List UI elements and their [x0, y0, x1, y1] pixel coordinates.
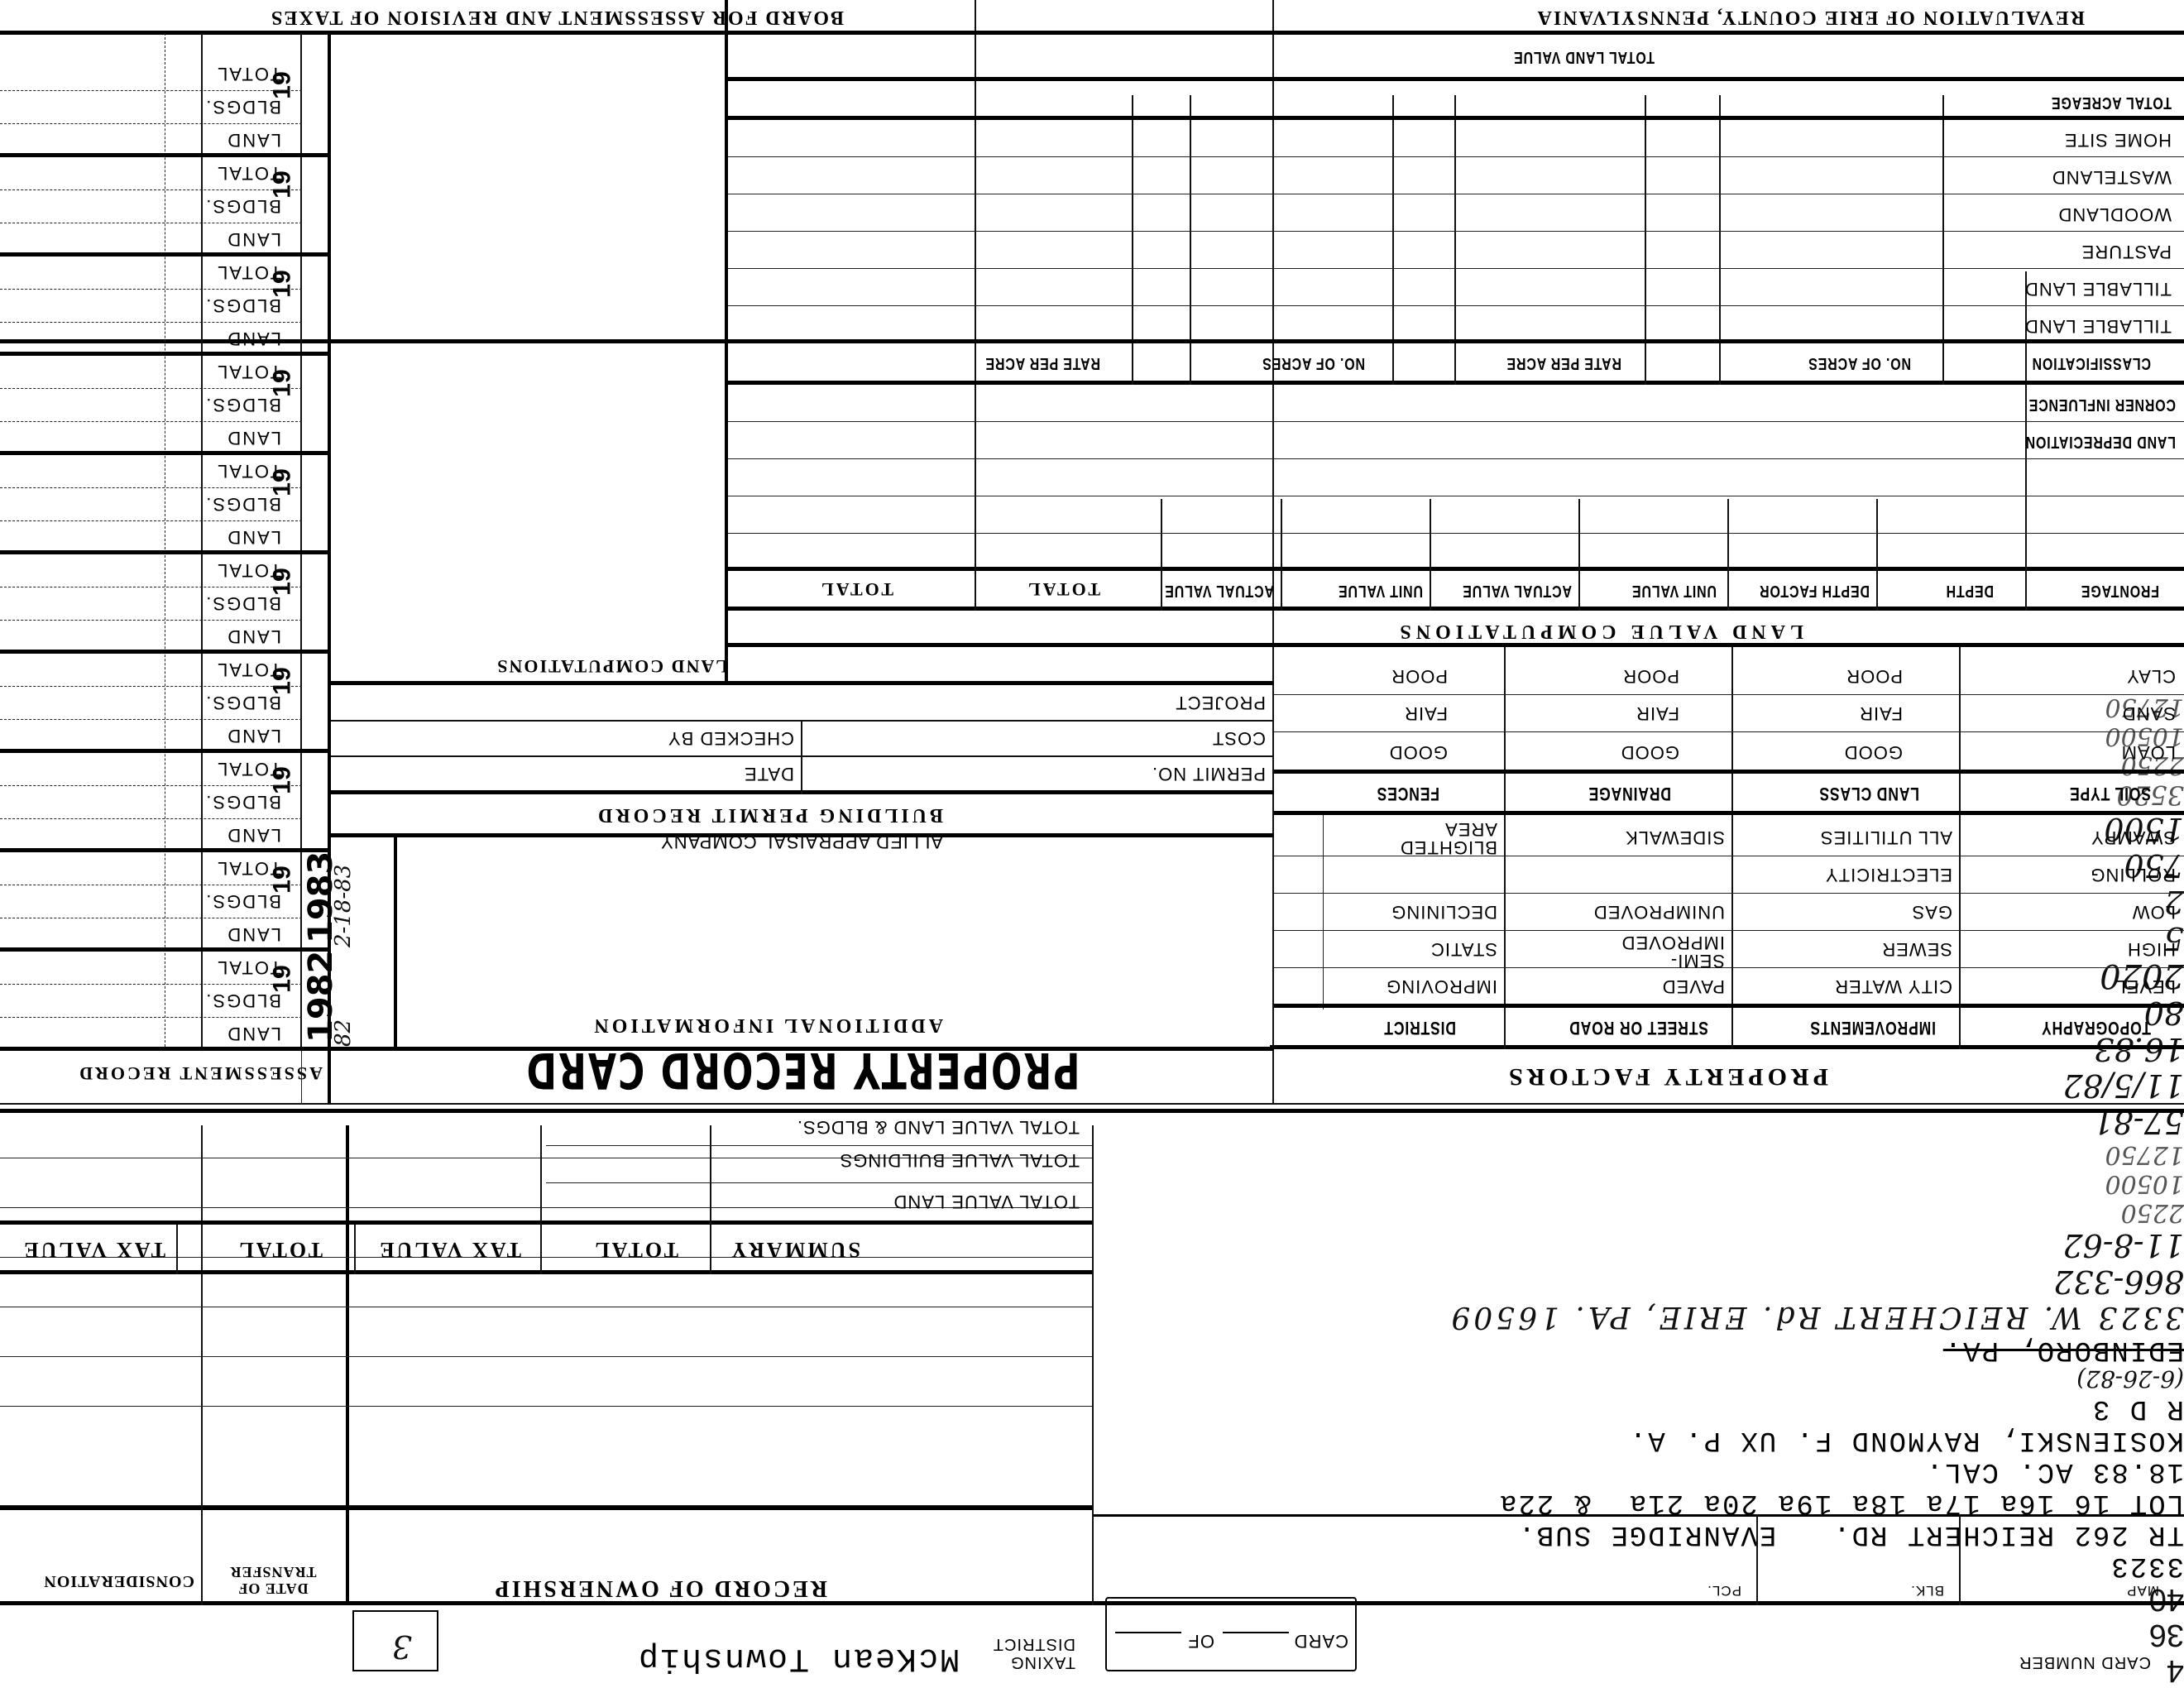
drainage-header: DRAINAGE	[1588, 783, 1671, 804]
divider	[1270, 1045, 2184, 1049]
assessment-row-label-total: TOTAL	[216, 63, 281, 84]
divider	[0, 686, 302, 687]
divider	[0, 1506, 1092, 1510]
acreage-row-tillable-2: TILLABLE LAND	[2024, 278, 2172, 300]
assessment-row-label-bldgs: BLDGS.	[204, 890, 281, 912]
assessment-row-label-total: TOTAL	[216, 758, 281, 779]
divider	[0, 1047, 331, 1051]
divider	[0, 785, 302, 786]
factor-semi-improved[interactable]: SEMI-IMPROVED	[1592, 933, 1725, 970]
divider	[0, 918, 302, 918]
assessment-row-label-land: LAND	[226, 1023, 281, 1044]
total-acreage-label: TOTAL ACREAGE	[2051, 93, 2172, 112]
assessment-row-label-bldgs: BLDGS.	[204, 195, 281, 217]
assessment-row-label-total: TOTAL	[216, 857, 281, 879]
soil-loam[interactable]: LOAM	[2121, 741, 2176, 763]
land-depreciation-label: LAND DEPRECIATION	[2025, 432, 2176, 451]
assessment-row-label-land: LAND	[226, 923, 281, 945]
divider	[1959, 1514, 1961, 1605]
no-of-acres-header: NO. OF ACRES	[1808, 353, 1911, 372]
factor-blighted-area[interactable]: BLIGHTED AREA	[1398, 820, 1497, 856]
card-label: CARD	[1294, 1630, 1348, 1652]
depth-header: DEPTH	[1946, 581, 1994, 600]
divider	[0, 90, 302, 91]
factor-gas[interactable]: GAS	[1912, 901, 1952, 923]
divider	[728, 156, 2184, 157]
factor-high[interactable]: HIGH	[2127, 938, 2176, 960]
assessment-row-label-total: TOTAL	[216, 659, 281, 680]
factor-declining[interactable]: DECLINING	[1391, 901, 1497, 923]
divider	[0, 289, 302, 290]
assessment-row-label-land: LAND	[226, 824, 281, 846]
actual-value-header: ACTUAL VALUE	[1462, 581, 1572, 600]
divider	[728, 567, 2184, 571]
divider	[1959, 644, 1961, 1049]
divider	[0, 352, 331, 356]
acreage-row-woodland: WOODLAND	[2057, 204, 2172, 225]
factor-sidewalk[interactable]: SIDEWALK	[1625, 827, 1725, 848]
assessment-row-label-total: TOTAL	[216, 261, 281, 283]
land-class-good[interactable]: GOOD	[1844, 741, 1903, 763]
factor-paved[interactable]: PAVED	[1662, 976, 1725, 997]
card-blank	[1223, 1632, 1289, 1633]
acreage-row-wasteland: WASTELAND	[2052, 166, 2172, 188]
factor-city-water[interactable]: CITY WATER	[1834, 976, 1952, 997]
building-permit-title: BUILDING PERMIT RECORD	[595, 803, 943, 826]
divider	[1274, 930, 2184, 931]
divider	[728, 77, 2184, 81]
divider	[0, 451, 331, 455]
no-of-acres-header-2: NO. OF ACRES	[1262, 353, 1365, 372]
divider	[1281, 499, 1282, 611]
street-or-road-header: STREET OR ROAD	[1569, 1017, 1708, 1038]
divider	[201, 1125, 203, 1605]
fences-good[interactable]: GOOD	[1389, 741, 1448, 763]
checked-by-label: CHECKED BY	[668, 727, 794, 749]
divider	[0, 818, 302, 819]
divider	[728, 231, 2184, 232]
summary-tax-value-header: TAX VALUE	[377, 1237, 521, 1262]
divider	[0, 1601, 1100, 1605]
consideration-header: CONSIDERATION	[43, 1571, 194, 1590]
divider	[1876, 499, 1878, 611]
divider	[0, 1505, 1092, 1506]
soil-type-header: SOIL TYPE	[2069, 783, 2151, 804]
divider	[1756, 1514, 1758, 1605]
divider	[728, 607, 2184, 611]
total-header-2: TOTAL	[819, 578, 893, 600]
land-value-computations-title: LAND VALUE COMPUTATIONS	[1395, 620, 1803, 642]
corner-mark-box: 3	[352, 1610, 438, 1671]
divider	[331, 720, 1274, 722]
acreage-row-pasture: PASTURE	[2081, 241, 2172, 262]
map-label: MAP	[2126, 1582, 2159, 1599]
soil-sand[interactable]: SAND	[2122, 703, 2176, 724]
of-blank	[1115, 1632, 1181, 1633]
summary-total-header: TOTAL	[592, 1237, 678, 1262]
divider	[546, 1145, 1092, 1146]
assessment-row-label-land: LAND	[226, 427, 281, 448]
divider	[1274, 731, 2184, 732]
corner-mark: 3	[392, 1628, 412, 1665]
divider	[1578, 499, 1580, 611]
project-label: PROJECT	[1175, 692, 1266, 713]
corner-influence-label: CORNER INFLUENCE	[2028, 395, 2176, 414]
fences-header: FENCES	[1377, 783, 1439, 804]
assessment-row-label-bldgs: BLDGS.	[204, 295, 281, 316]
divider	[331, 833, 1274, 837]
property-record-card: CARD NUMBER CARD OF TAXING DISTRICT McKe…	[0, 0, 2184, 1688]
divider	[165, 33, 165, 1051]
drainage-fair[interactable]: FAIR	[1636, 703, 1679, 724]
drainage-good[interactable]: GOOD	[1621, 741, 1679, 763]
assessment-row-label-bldgs: BLDGS.	[204, 96, 281, 117]
divider	[176, 1225, 178, 1274]
board-title: BOARD FOR ASSESSMENT AND REVISION OF TAX…	[270, 6, 844, 28]
soil-clay[interactable]: CLAY	[2126, 665, 2176, 687]
summary-label-buildings: TOTAL VALUE BUILDINGS	[840, 1149, 1080, 1171]
divider	[0, 550, 331, 554]
land-class-fair[interactable]: FAIR	[1859, 703, 1903, 724]
summary-total-header-2: TOTAL	[237, 1237, 323, 1262]
land-class-poor[interactable]: POOR	[1846, 665, 1903, 687]
divider	[331, 1047, 1274, 1051]
divider	[0, 189, 302, 190]
assessment-row-label-total: TOTAL	[216, 361, 281, 382]
divider	[1274, 694, 2184, 695]
acreage-row-home-site: HOME SITE	[2064, 129, 2172, 151]
summary-label-land: TOTAL VALUE LAND	[893, 1191, 1080, 1212]
blk-label: BLK.	[1910, 1582, 1944, 1599]
topography-header: TOPOGRAPHY	[2041, 1017, 2151, 1038]
pcl-label: PCL.	[1707, 1582, 1741, 1599]
divider	[0, 520, 302, 521]
divider	[0, 421, 302, 422]
divider	[710, 1125, 711, 1274]
divider	[0, 388, 302, 389]
divider	[0, 848, 331, 852]
property-factors-title: PROPERTY FACTORS	[1505, 1062, 1828, 1091]
divider	[0, 1109, 2184, 1113]
divider	[728, 496, 2184, 496]
divider	[728, 643, 2184, 647]
divider	[728, 194, 2184, 194]
card-number-label: CARD NUMBER	[2019, 1653, 2151, 1671]
divider	[540, 1125, 542, 1274]
factor-unimproved[interactable]: UNIMPROVED	[1593, 901, 1725, 923]
divider	[0, 749, 331, 753]
divider	[354, 1225, 356, 1274]
card-of-box[interactable]: CARD OF	[1105, 1597, 1357, 1671]
rate-per-acre-header-2: RATE PER ACRE	[985, 353, 1100, 372]
frontage-header: FRONTAGE	[2081, 581, 2159, 600]
divider	[0, 947, 331, 952]
total-header: TOTAL	[1026, 578, 1100, 600]
divider	[1161, 499, 1162, 611]
divider	[0, 719, 302, 720]
summary-tax-value-header-2: TAX VALUE	[22, 1237, 165, 1262]
assessment-row-label-bldgs: BLDGS.	[204, 592, 281, 614]
divider	[1274, 770, 2184, 774]
assessment-row-label-bldgs: BLDGS.	[204, 692, 281, 713]
divider	[1274, 893, 2184, 894]
card-number-label-text: CARD NUMBER	[2019, 1653, 2151, 1671]
divider	[728, 116, 2184, 120]
divider	[1727, 499, 1729, 611]
divider	[331, 681, 1274, 685]
map-value: 4	[0, 1652, 2184, 1688]
divider	[0, 223, 302, 223]
assessment-row-label-land: LAND	[226, 228, 281, 250]
divider	[201, 33, 203, 1051]
divider	[1430, 499, 1431, 611]
assessment-row-label-land: LAND	[226, 526, 281, 548]
parcel-id-row	[1092, 1514, 2184, 1605]
divider	[0, 1017, 302, 1018]
divider	[394, 837, 397, 1051]
blk-value: 36	[0, 1617, 2184, 1652]
acreage-row-tillable-1: TILLABLE LAND	[2024, 315, 2172, 337]
assessment-row-label-bldgs: BLDGS.	[204, 493, 281, 515]
factor-electricity[interactable]: ELECTRICITY	[1825, 864, 1952, 885]
factor-improving[interactable]: IMPROVING	[1386, 976, 1497, 997]
rate-per-acre-header: RATE PER ACRE	[1506, 353, 1621, 372]
assessment-row-label-total: TOTAL	[216, 559, 281, 581]
factor-swampy[interactable]: SWAMPY	[2091, 827, 2176, 848]
date-of-transfer-header: DATE OF TRANSFER	[207, 1564, 339, 1597]
unit-value-header: UNIT VALUE	[1631, 581, 1717, 600]
assessment-row-label-total: TOTAL	[216, 957, 281, 978]
unit-value-header-2: UNIT VALUE	[1338, 581, 1423, 600]
factor-all-utilities[interactable]: ALL UTILITIES	[1820, 827, 1952, 848]
divider	[0, 885, 302, 885]
assessment-row-label-bldgs: BLDGS.	[204, 791, 281, 813]
divider	[728, 305, 2184, 306]
of-label: OF	[1187, 1630, 1214, 1652]
depth-factor-header: DEPTH FACTOR	[1759, 581, 1870, 600]
divider	[331, 790, 1274, 794]
year-note: 82	[331, 1019, 356, 1047]
year-note: 2-18-83	[331, 865, 356, 947]
permit-date-label: DATE	[744, 763, 794, 784]
fences-fair[interactable]: FAIR	[1404, 703, 1448, 724]
divider	[1731, 644, 1733, 1049]
ownership-row-line	[0, 1356, 1092, 1357]
divider	[728, 268, 2184, 269]
divider	[728, 533, 2184, 534]
assessment-row-label-land: LAND	[226, 626, 281, 647]
permit-no-label: PERMIT NO.	[1152, 763, 1266, 784]
ownership-row-line	[0, 1406, 1092, 1407]
divider	[728, 381, 2184, 385]
factor-low[interactable]: LOW	[2132, 901, 2176, 923]
drainage-poor[interactable]: POOR	[1622, 665, 1679, 687]
divider	[331, 755, 1274, 757]
assessment-row-label-bldgs: BLDGS.	[204, 394, 281, 415]
factor-sewer[interactable]: SEWER	[1881, 938, 1952, 960]
summary-label-total: TOTAL VALUE LAND & BLDGS.	[797, 1116, 1080, 1138]
divider	[1274, 811, 2184, 815]
district-header: DISTRICT	[1383, 1017, 1456, 1038]
ownership-row-line	[0, 1307, 1092, 1307]
divider	[0, 252, 331, 257]
divider	[0, 1220, 1092, 1225]
divider	[0, 984, 302, 985]
divider	[0, 650, 331, 654]
divider	[546, 1182, 1092, 1183]
land-computations-label: LAND COMPUTATIONS	[496, 655, 728, 677]
divider	[728, 421, 2184, 422]
assessment-row-label-total: TOTAL	[216, 460, 281, 482]
additional-information-title: ADDITIONAL INFORMATION	[591, 1014, 943, 1036]
ownership-title: RECORD OF OWNERSHIP	[493, 1575, 827, 1601]
divider	[1274, 1004, 2184, 1008]
divider	[0, 153, 331, 157]
divider	[728, 458, 2184, 459]
divider	[1504, 644, 1506, 1049]
divider	[0, 620, 302, 621]
divider	[1092, 1125, 1094, 1605]
cost-label: COST	[1212, 727, 1266, 749]
assessment-row-label-land: LAND	[226, 725, 281, 746]
divider	[1272, 0, 1274, 1105]
divider	[1274, 967, 2184, 968]
assessment-row-label-land: LAND	[226, 129, 281, 151]
revaluation-title: REVALUATION OF ERIE COUNTY, PENNSYLVANIA	[1536, 6, 2085, 28]
divider	[0, 123, 302, 124]
total-land-value-label: TOTAL LAND VALUE	[1513, 47, 1655, 66]
divider	[0, 487, 302, 488]
actual-value-header-2: ACTUAL VALUE	[1164, 581, 1274, 600]
fences-poor[interactable]: POOR	[1391, 665, 1448, 687]
divider	[0, 1270, 1092, 1274]
taxing-district-value: McKean Township	[637, 1639, 960, 1676]
divider	[0, 587, 302, 587]
divider	[346, 1125, 349, 1605]
assessment-row-label-total: TOTAL	[216, 162, 281, 184]
classification-header: CLASSIFICATION	[2032, 353, 2151, 372]
assessment-row-label-bldgs: BLDGS.	[204, 990, 281, 1011]
factor-level[interactable]: LEVEL	[2115, 976, 2177, 997]
summary-title: SUMMARY	[729, 1237, 860, 1262]
improvements-header: IMPROVEMENTS	[1810, 1017, 1936, 1038]
assessment-row-label-land: LAND	[226, 328, 281, 349]
divider	[1323, 811, 1324, 1009]
taxing-district-label: TAXING DISTRICT	[960, 1635, 1075, 1671]
divider	[0, 322, 302, 323]
land-class-header: LAND CLASS	[1819, 783, 1919, 804]
divider	[801, 722, 802, 794]
factor-static[interactable]: STATIC	[1430, 938, 1497, 960]
assessment-record-title: ASSESSMENT RECORD	[77, 1062, 323, 1084]
factor-rolling[interactable]: ROLLING	[2090, 864, 2176, 885]
